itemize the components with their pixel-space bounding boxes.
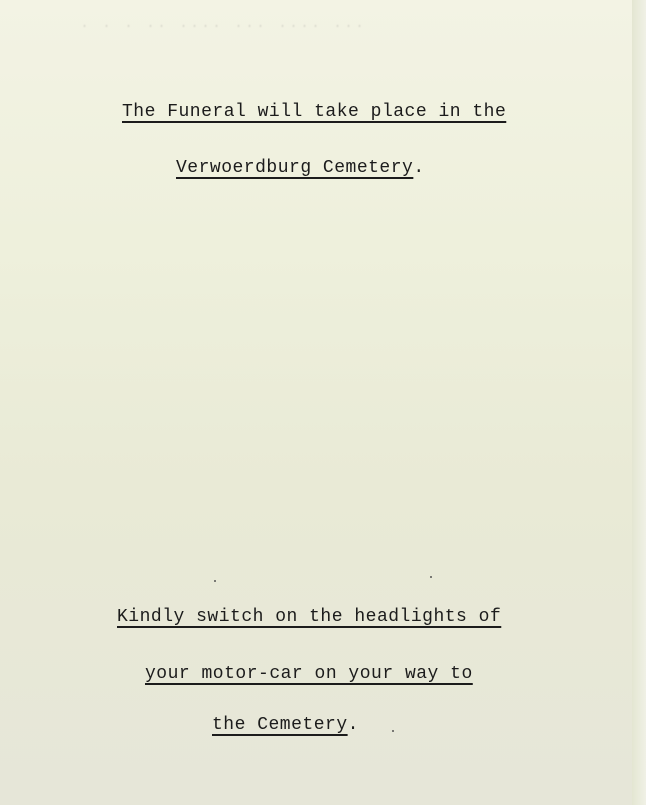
funeral-line-1: The Funeral will take place in the	[122, 102, 506, 122]
headlights-line-3: the Cemetery.	[212, 715, 359, 735]
ink-speck	[430, 576, 432, 578]
period-mark: .	[348, 715, 359, 735]
cemetery-text: the Cemetery	[212, 715, 348, 735]
cemetery-name: Verwoerdburg Cemetery	[176, 158, 413, 178]
ink-speck	[214, 580, 216, 582]
faded-header-text: · · · ·· ···· ··· ···· ···	[80, 18, 366, 35]
paper-edge	[632, 0, 646, 805]
funeral-line-2: Verwoerdburg Cemetery.	[176, 158, 425, 178]
headlights-line-1: Kindly switch on the headlights of	[117, 607, 501, 627]
period-mark: .	[413, 158, 424, 178]
headlights-line-2: your motor-car on your way to	[145, 664, 473, 684]
ink-speck	[392, 730, 394, 732]
